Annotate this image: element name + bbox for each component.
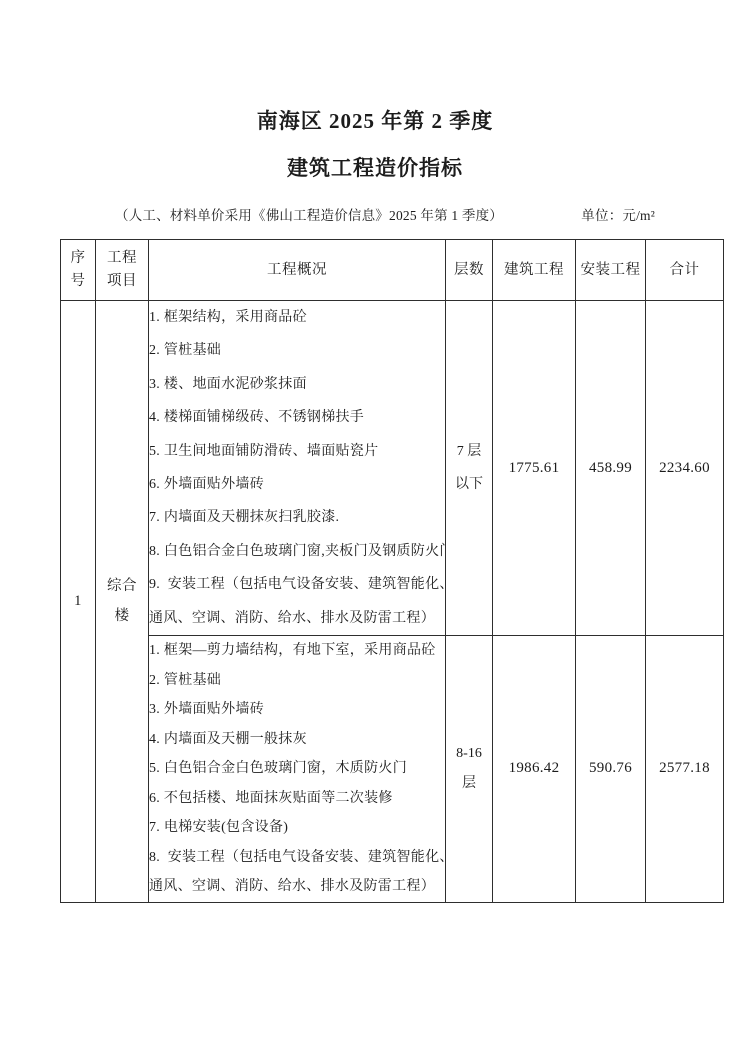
overview-line: 2. 管桩基础 — [149, 334, 445, 367]
doc-title-line1: 南海区 2025 年第 2 季度 — [0, 0, 750, 136]
table-row-1-sub-1: 1 综合 楼 1. 框架结构，采用商品砼 2. 管桩基础 3. 楼、地面水泥砂浆… — [61, 301, 724, 636]
col-header-total: 合计 — [646, 240, 724, 301]
price-basis-note: （人工、材料单价采用《佛山工程造价信息》2025 年第 1 季度） — [115, 206, 503, 225]
col-header-construction: 建筑工程 — [493, 240, 576, 301]
cell-total-cost-sub2: 2577.18 — [646, 636, 724, 903]
overview-line: 5. 卫生间地面铺防滑砖、墙面贴瓷片 — [149, 435, 445, 468]
project-name-line2: 楼 — [96, 601, 148, 631]
overview-line: 1. 框架—剪力墙结构，有地下室，采用商品砼 — [149, 636, 445, 666]
floors-line2: 以下 — [446, 468, 492, 501]
table-row-1-sub-2: 1. 框架—剪力墙结构，有地下室，采用商品砼 2. 管桩基础 3. 外墙面贴外墙… — [61, 636, 724, 903]
col-header-project: 工程 项目 — [96, 240, 149, 301]
overview-line: 通风、空调、消防、给水、排水及防雷工程） — [149, 872, 445, 902]
floors-line1: 7 层 — [446, 435, 492, 468]
overview-line: 通风、空调、消防、给水、排水及防雷工程） — [149, 602, 445, 635]
col-header-seq-line2: 号 — [61, 270, 95, 293]
overview-line: 5. 白色铝合金白色玻璃门窗，木质防火门 — [149, 754, 445, 784]
col-header-seq-line1: 序 — [61, 247, 95, 270]
overview-line: 3. 楼、地面水泥砂浆抹面 — [149, 368, 445, 401]
col-header-overview: 工程概况 — [149, 240, 446, 301]
col-header-floors: 层数 — [446, 240, 493, 301]
document-page: 南海区 2025 年第 2 季度 建筑工程造价指标 （人工、材料单价采用《佛山工… — [0, 0, 750, 1061]
overview-line: 7. 内墙面及天棚抹灰扫乳胶漆. — [149, 501, 445, 534]
cell-construction-cost-sub2: 1986.42 — [493, 636, 576, 903]
overview-line: 3. 外墙面贴外墙砖 — [149, 695, 445, 725]
cell-total-cost-sub1: 2234.60 — [646, 301, 724, 636]
overview-line: 4. 内墙面及天棚一般抹灰 — [149, 725, 445, 755]
cell-installation-cost-sub1: 458.99 — [576, 301, 646, 636]
col-header-seq: 序 号 — [61, 240, 96, 301]
col-header-project-line2: 项目 — [96, 270, 148, 293]
col-header-installation: 安装工程 — [576, 240, 646, 301]
overview-line: 8. 白色铝合金白色玻璃门窗,夹板门及钢质防火门 — [149, 535, 445, 568]
cost-index-table: 序 号 工程 项目 工程概况 层数 建筑工程 安装工程 合计 1 综合 楼 — [60, 239, 724, 903]
cell-installation-cost-sub2: 590.76 — [576, 636, 646, 903]
overview-line: 4. 楼梯面铺梯级砖、不锈钢梯扶手 — [149, 401, 445, 434]
overview-line: 1. 框架结构，采用商品砼 — [149, 301, 445, 334]
unit-label: 单位：元/m² — [581, 206, 655, 225]
project-name-line1: 综合 — [96, 571, 148, 601]
cell-floors-sub2: 8-16 层 — [446, 636, 493, 903]
cell-project-name: 综合 楼 — [96, 301, 149, 903]
overview-line: 6. 外墙面贴外墙砖 — [149, 468, 445, 501]
floors-line2: 层 — [446, 769, 492, 799]
meta-row: （人工、材料单价采用《佛山工程造价信息》2025 年第 1 季度） 单位：元/m… — [115, 206, 655, 225]
floors-line1: 8-16 — [446, 739, 492, 769]
col-header-project-line1: 工程 — [96, 247, 148, 270]
cell-floors-sub1: 7 层 以下 — [446, 301, 493, 636]
cell-seq-number: 1 — [61, 301, 96, 903]
cell-construction-cost-sub1: 1775.61 — [493, 301, 576, 636]
overview-line: 7. 电梯安装(包含设备) — [149, 813, 445, 843]
overview-line: 2. 管桩基础 — [149, 666, 445, 696]
cell-overview-sub2: 1. 框架—剪力墙结构，有地下室，采用商品砼 2. 管桩基础 3. 外墙面贴外墙… — [149, 636, 446, 903]
cell-overview-sub1: 1. 框架结构，采用商品砼 2. 管桩基础 3. 楼、地面水泥砂浆抹面 4. 楼… — [149, 301, 446, 636]
overview-line: 9. 安装工程（包括电气设备安装、建筑智能化、 — [149, 568, 445, 601]
doc-title-line2: 建筑工程造价指标 — [0, 153, 750, 183]
header-row: 序 号 工程 项目 工程概况 层数 建筑工程 安装工程 合计 — [61, 240, 724, 301]
overview-line: 6. 不包括楼、地面抹灰贴面等二次装修 — [149, 784, 445, 814]
overview-line: 8. 安装工程（包括电气设备安装、建筑智能化、 — [149, 843, 445, 873]
